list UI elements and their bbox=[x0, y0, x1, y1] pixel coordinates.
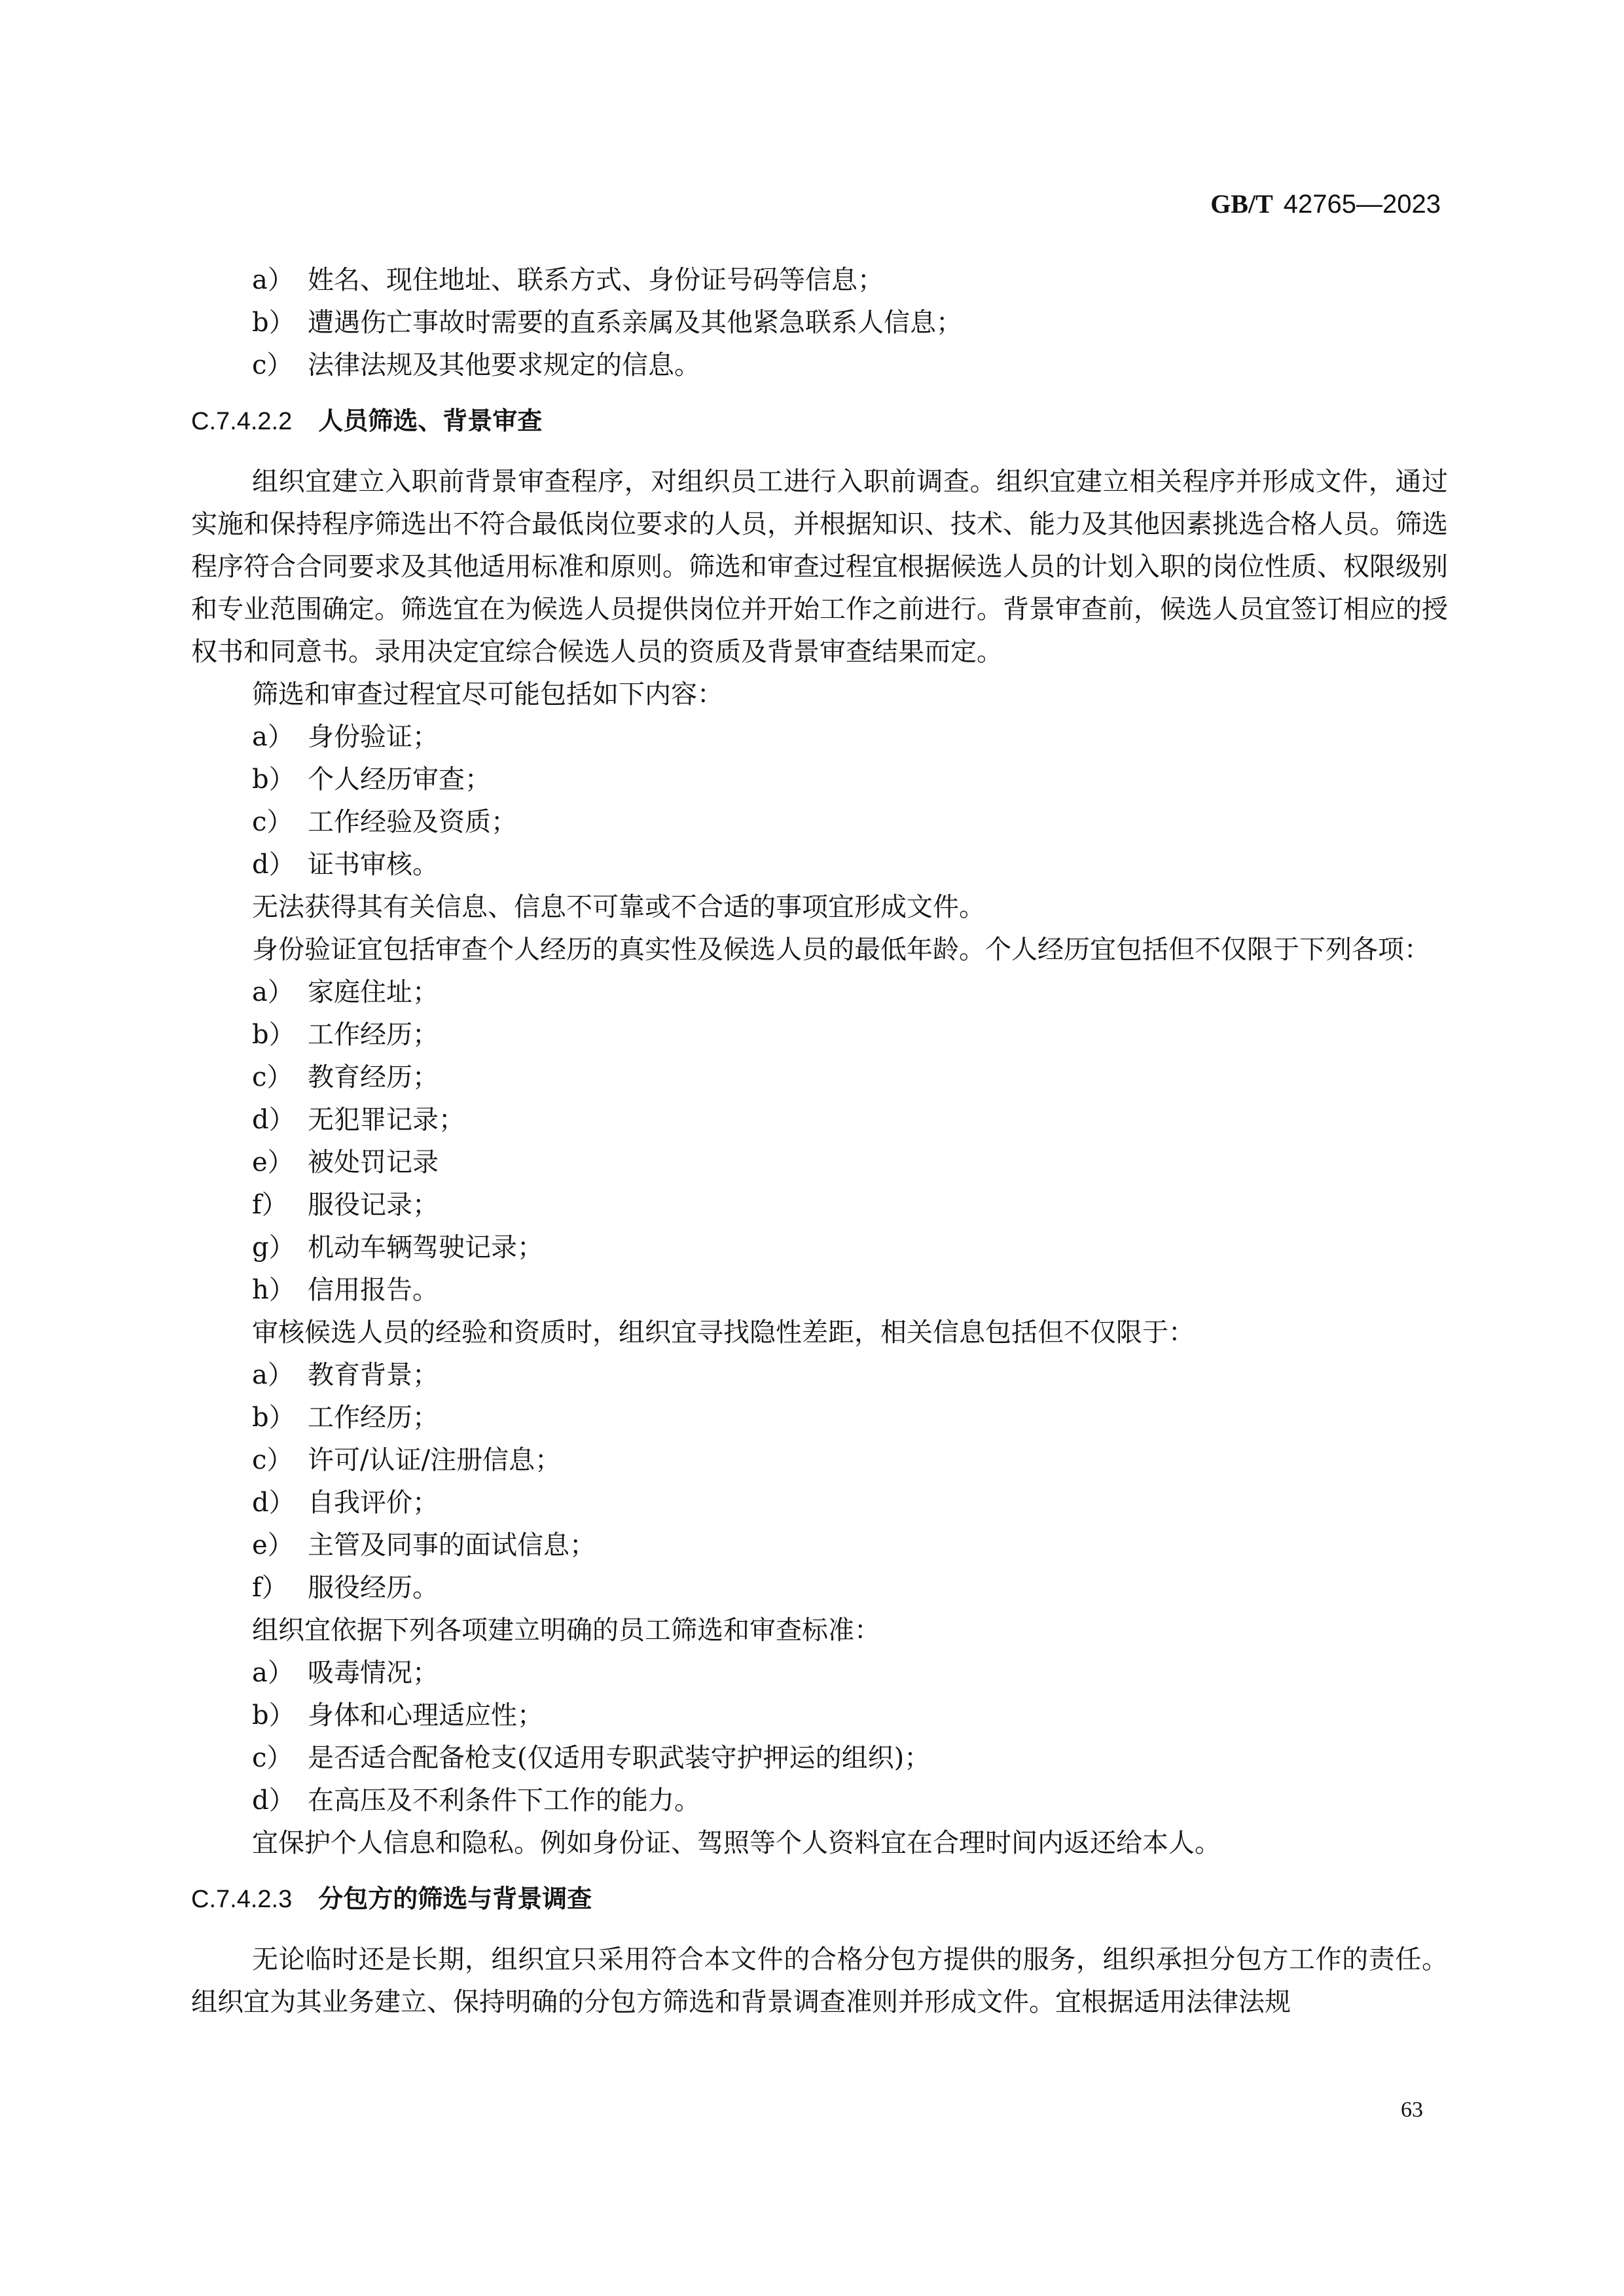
list-marker: c） bbox=[252, 1056, 308, 1099]
paragraph-intro: 组织宜建立入职前背景审查程序，对组织员工进行入职前调查。组织宜建立相关程序并形成… bbox=[191, 461, 1448, 673]
list-marker: d） bbox=[252, 844, 308, 886]
list-marker: b） bbox=[252, 759, 308, 801]
list-item: a）身份验证； bbox=[191, 716, 1448, 759]
list-marker: a） bbox=[252, 1354, 308, 1397]
list-item: b）工作经历； bbox=[191, 1014, 1448, 1056]
paragraph-subcontractor: 无论临时还是长期，组织宜只采用符合本文件的合格分包方提供的服务，组织承担分包方工… bbox=[191, 1939, 1448, 2024]
section-heading-c74222: C.7.4.2.2人员筛选、背景审查 bbox=[191, 401, 1448, 441]
list-item: b）工作经历； bbox=[191, 1397, 1448, 1439]
list-item: c）许可/认证/注册信息； bbox=[191, 1439, 1448, 1482]
list-marker: a） bbox=[252, 716, 308, 759]
list-item: c）教育经历； bbox=[191, 1056, 1448, 1099]
list-item: c）法律法规及其他要求规定的信息。 bbox=[191, 344, 1448, 387]
list-marker: f） bbox=[252, 1567, 308, 1609]
list-marker: b） bbox=[252, 1397, 308, 1439]
list-marker: e） bbox=[252, 1524, 308, 1567]
standard-number: 42765—2023 bbox=[1284, 190, 1441, 219]
list-text: 自我评价； bbox=[308, 1482, 439, 1524]
list-text: 姓名、现住地址、联系方式、身份证号码等信息； bbox=[308, 259, 884, 302]
list-item: a）家庭住址； bbox=[191, 971, 1448, 1014]
list-marker: d） bbox=[252, 1780, 308, 1822]
list-text: 家庭住址； bbox=[308, 971, 439, 1014]
paragraph-qualification: 审核候选人员的经验和资质时，组织宜寻找隐性差距，相关信息包括但不仅限于： bbox=[191, 1312, 1448, 1354]
section-heading-c74223: C.7.4.2.3分包方的筛选与背景调查 bbox=[191, 1879, 1448, 1919]
list-item: a）教育背景； bbox=[191, 1354, 1448, 1397]
list-text: 无犯罪记录； bbox=[308, 1099, 465, 1141]
list-item: b）个人经历审查； bbox=[191, 759, 1448, 801]
page-body: a）姓名、现住地址、联系方式、身份证号码等信息； b）遭遇伤亡事故时需要的直系亲… bbox=[191, 259, 1448, 2024]
standard-code: GB/T bbox=[1210, 189, 1273, 219]
list-marker: c） bbox=[252, 1439, 308, 1482]
list-item: a）姓名、现住地址、联系方式、身份证号码等信息； bbox=[191, 259, 1448, 302]
list-text: 被处罚记录 bbox=[308, 1141, 439, 1184]
paragraph-unobtainable: 无法获得其有关信息、信息不可靠或不合适的事项宜形成文件。 bbox=[191, 886, 1448, 929]
list-marker: b） bbox=[252, 302, 308, 344]
list-marker: a） bbox=[252, 1652, 308, 1695]
list-item: e）主管及同事的面试信息； bbox=[191, 1524, 1448, 1567]
list-item: g）机动车辆驾驶记录； bbox=[191, 1227, 1448, 1269]
paragraph-screening-intro: 筛选和审查过程宜尽可能包括如下内容： bbox=[191, 673, 1448, 716]
list-text: 身份验证； bbox=[308, 716, 439, 759]
list-marker: c） bbox=[252, 1737, 308, 1780]
list-text: 身体和心理适应性； bbox=[308, 1695, 543, 1737]
list-text: 服役记录； bbox=[308, 1184, 439, 1227]
list-text: 在高压及不利条件下工作的能力。 bbox=[308, 1780, 700, 1822]
list-marker: b） bbox=[252, 1014, 308, 1056]
list-item: b）遭遇伤亡事故时需要的直系亲属及其他紧急联系人信息； bbox=[191, 302, 1448, 344]
paragraph-criteria: 组织宜依据下列各项建立明确的员工筛选和审查标准： bbox=[191, 1609, 1448, 1652]
list-text: 许可/认证/注册信息； bbox=[308, 1439, 561, 1482]
list-marker: b） bbox=[252, 1695, 308, 1737]
list-item: f）服役经历。 bbox=[191, 1567, 1448, 1609]
list-text: 法律法规及其他要求规定的信息。 bbox=[308, 344, 700, 387]
list-marker: e） bbox=[252, 1141, 308, 1184]
list-item: f）服役记录； bbox=[191, 1184, 1448, 1227]
list-item: d）证书审核。 bbox=[191, 844, 1448, 886]
list-text: 吸毒情况； bbox=[308, 1652, 439, 1695]
list-text: 工作经验及资质； bbox=[308, 801, 517, 844]
list-item: d）无犯罪记录； bbox=[191, 1099, 1448, 1141]
list-item: c）工作经验及资质； bbox=[191, 801, 1448, 844]
paragraph-privacy: 宜保护个人信息和隐私。例如身份证、驾照等个人资料宜在合理时间内返还给本人。 bbox=[191, 1822, 1448, 1865]
list-text: 工作经历； bbox=[308, 1397, 439, 1439]
list-item: h）信用报告。 bbox=[191, 1269, 1448, 1312]
list-text: 主管及同事的面试信息； bbox=[308, 1524, 596, 1567]
list-marker: d） bbox=[252, 1482, 308, 1524]
list-text: 是否适合配备枪支(仅适用专职武装守护押运的组织)； bbox=[308, 1737, 930, 1780]
paragraph-identity: 身份验证宜包括审查个人经历的真实性及候选人员的最低年龄。个人经历宜包括但不仅限于… bbox=[191, 929, 1448, 971]
list-marker: a） bbox=[252, 259, 308, 302]
list-marker: h） bbox=[252, 1269, 308, 1312]
page-number: 63 bbox=[1401, 2098, 1423, 2123]
section-number: C.7.4.2.2 bbox=[191, 408, 292, 435]
list-text: 信用报告。 bbox=[308, 1269, 439, 1312]
list-item: a）吸毒情况； bbox=[191, 1652, 1448, 1695]
section-title: 人员筛选、背景审查 bbox=[318, 406, 542, 435]
list-text: 服役经历。 bbox=[308, 1567, 439, 1609]
list-item: c）是否适合配备枪支(仅适用专职武装守护押运的组织)； bbox=[191, 1737, 1448, 1780]
list-marker: c） bbox=[252, 801, 308, 844]
section-title: 分包方的筛选与背景调查 bbox=[318, 1884, 592, 1913]
list-marker: g） bbox=[252, 1227, 308, 1269]
list-text: 工作经历； bbox=[308, 1014, 439, 1056]
list-text: 机动车辆驾驶记录； bbox=[308, 1227, 543, 1269]
list-item: d）在高压及不利条件下工作的能力。 bbox=[191, 1780, 1448, 1822]
list-text: 个人经历审查； bbox=[308, 759, 491, 801]
list-marker: f） bbox=[252, 1184, 308, 1227]
list-item: d）自我评价； bbox=[191, 1482, 1448, 1524]
list-marker: c） bbox=[252, 344, 308, 387]
section-number: C.7.4.2.3 bbox=[191, 1886, 292, 1913]
list-item: e）被处罚记录 bbox=[191, 1141, 1448, 1184]
document-header: GB/T42765—2023 bbox=[1210, 188, 1441, 219]
list-marker: d） bbox=[252, 1099, 308, 1141]
list-text: 证书审核。 bbox=[308, 844, 439, 886]
list-text: 遭遇伤亡事故时需要的直系亲属及其他紧急联系人信息； bbox=[308, 302, 962, 344]
list-item: b）身体和心理适应性； bbox=[191, 1695, 1448, 1737]
list-text: 教育经历； bbox=[308, 1056, 439, 1099]
list-marker: a） bbox=[252, 971, 308, 1014]
list-text: 教育背景； bbox=[308, 1354, 439, 1397]
